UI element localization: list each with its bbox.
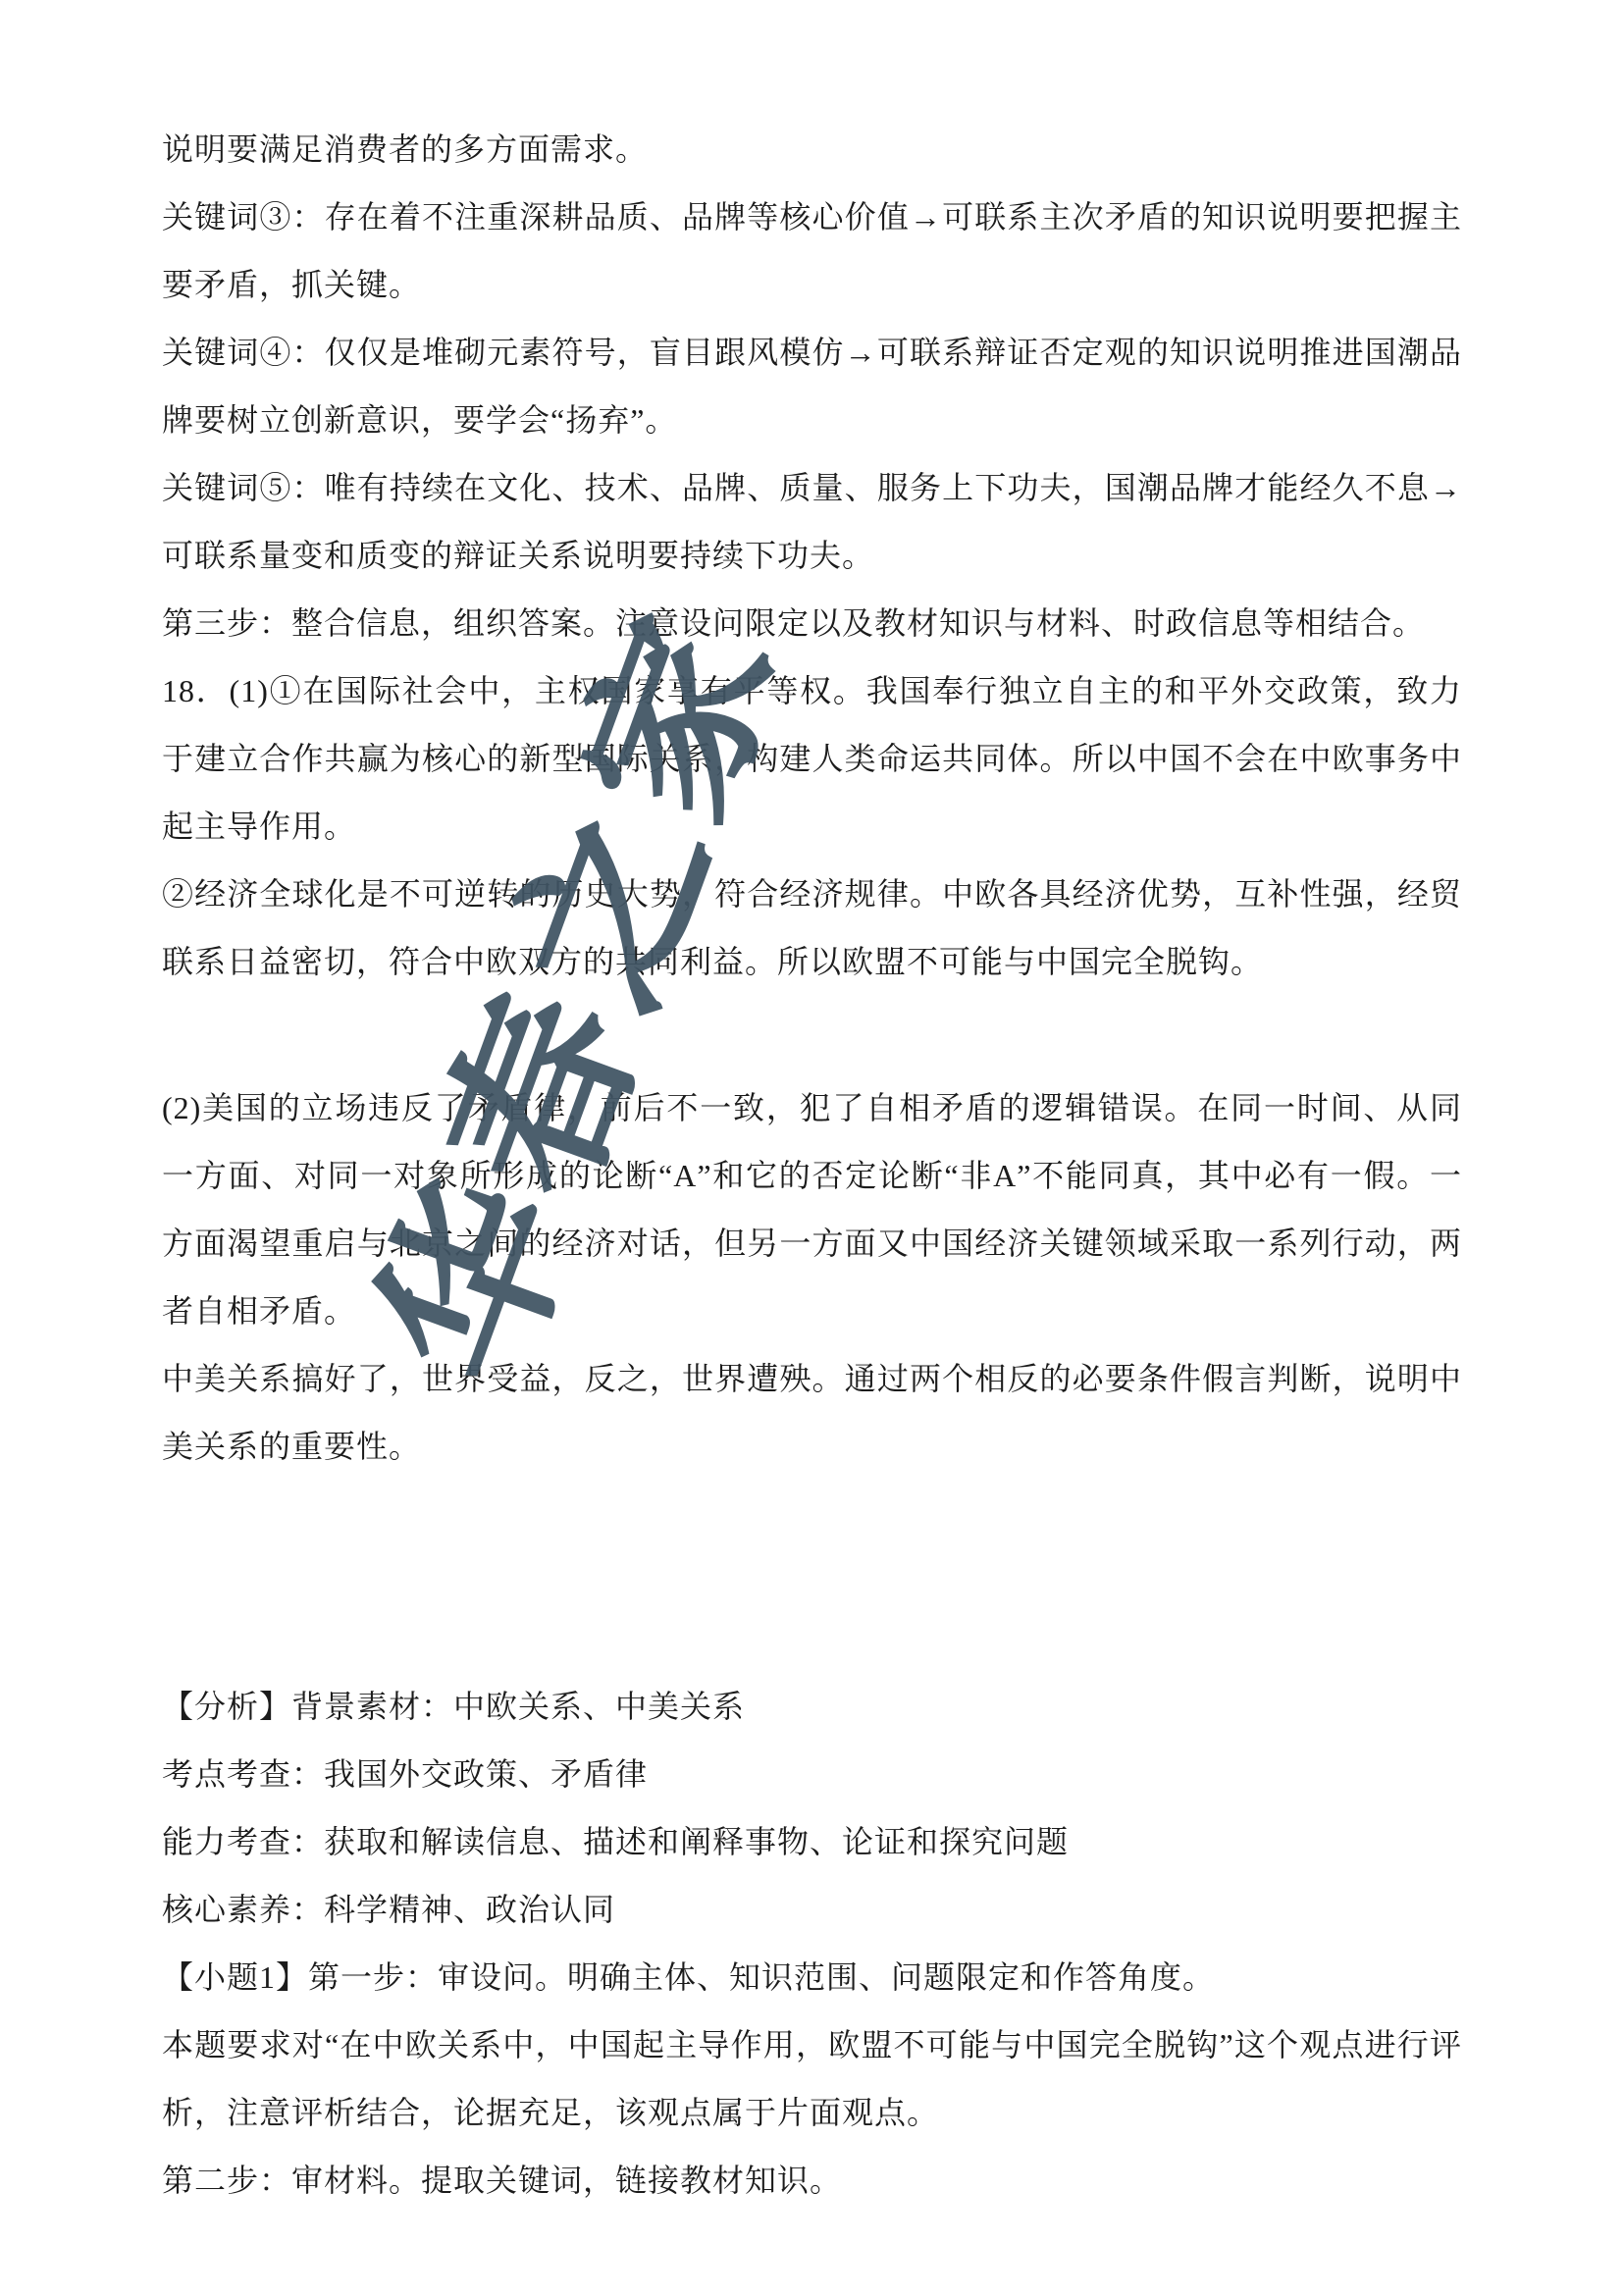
paragraph: 考点考查：我国外交政策、矛盾律 xyxy=(162,1741,1462,1808)
paragraph: 说明要满足消费者的多方面需求。 xyxy=(162,116,1462,183)
paragraph: 能力考查：获取和解读信息、描述和阐释事物、论证和探究问题 xyxy=(162,1808,1462,1876)
paragraph: 中美关系搞好了，世界受益，反之，世界遭殃。通过两个相反的必要条件假言判断，说明中… xyxy=(162,1345,1462,1481)
paragraph: 【小题1】第一步：审设问。明确主体、知识范围、问题限定和作答角度。 xyxy=(162,1944,1462,2011)
paragraph: ②经济全球化是不可逆转的历史大势，符合经济规律。中欧各具经济优势，互补性强，经贸… xyxy=(162,861,1462,996)
document-page: { "watermark": { "text": "华春之家", "color"… xyxy=(0,0,1623,2296)
page-background: 说明要满足消费者的多方面需求。 关键词③：存在着不注重深耕品质、品牌等核心价值→… xyxy=(0,0,1623,2296)
paragraph: 关键词③：存在着不注重深耕品质、品牌等核心价值→可联系主次矛盾的知识说明要把握主… xyxy=(162,183,1462,319)
paragraph: 第二步：审材料。提取关键词，链接教材知识。 xyxy=(162,2147,1462,2215)
paragraph: 核心素养：科学精神、政治认同 xyxy=(162,1876,1462,1944)
paragraph: 18．(1)①在国际社会中，主权国家享有平等权。我国奉行独立自主的和平外交政策，… xyxy=(162,657,1462,861)
paragraph: 关键词④：仅仅是堆砌元素符号，盲目跟风模仿→可联系辩证否定观的知识说明推进国潮品… xyxy=(162,319,1462,454)
paragraph: 第三步：整合信息，组织答案。注意设问限定以及教材知识与材料、时政信息等相结合。 xyxy=(162,590,1462,657)
paragraph-analysis-header: 【分析】背景素材：中欧关系、中美关系 xyxy=(162,1673,1462,1741)
paragraph: 本题要求对“在中欧关系中，中国起主导作用，欧盟不可能与中国完全脱钩”这个观点进行… xyxy=(162,2011,1462,2147)
paragraph: (2)美国的立场违反了矛盾律，前后不一致，犯了自相矛盾的逻辑错误。在同一时间、从… xyxy=(162,1074,1462,1345)
document-body-text: 说明要满足消费者的多方面需求。 关键词③：存在着不注重深耕品质、品牌等核心价值→… xyxy=(162,116,1462,2215)
paragraph: 关键词⑤：唯有持续在文化、技术、品牌、质量、服务上下功夫，国潮品牌才能经久不息→… xyxy=(162,454,1462,590)
